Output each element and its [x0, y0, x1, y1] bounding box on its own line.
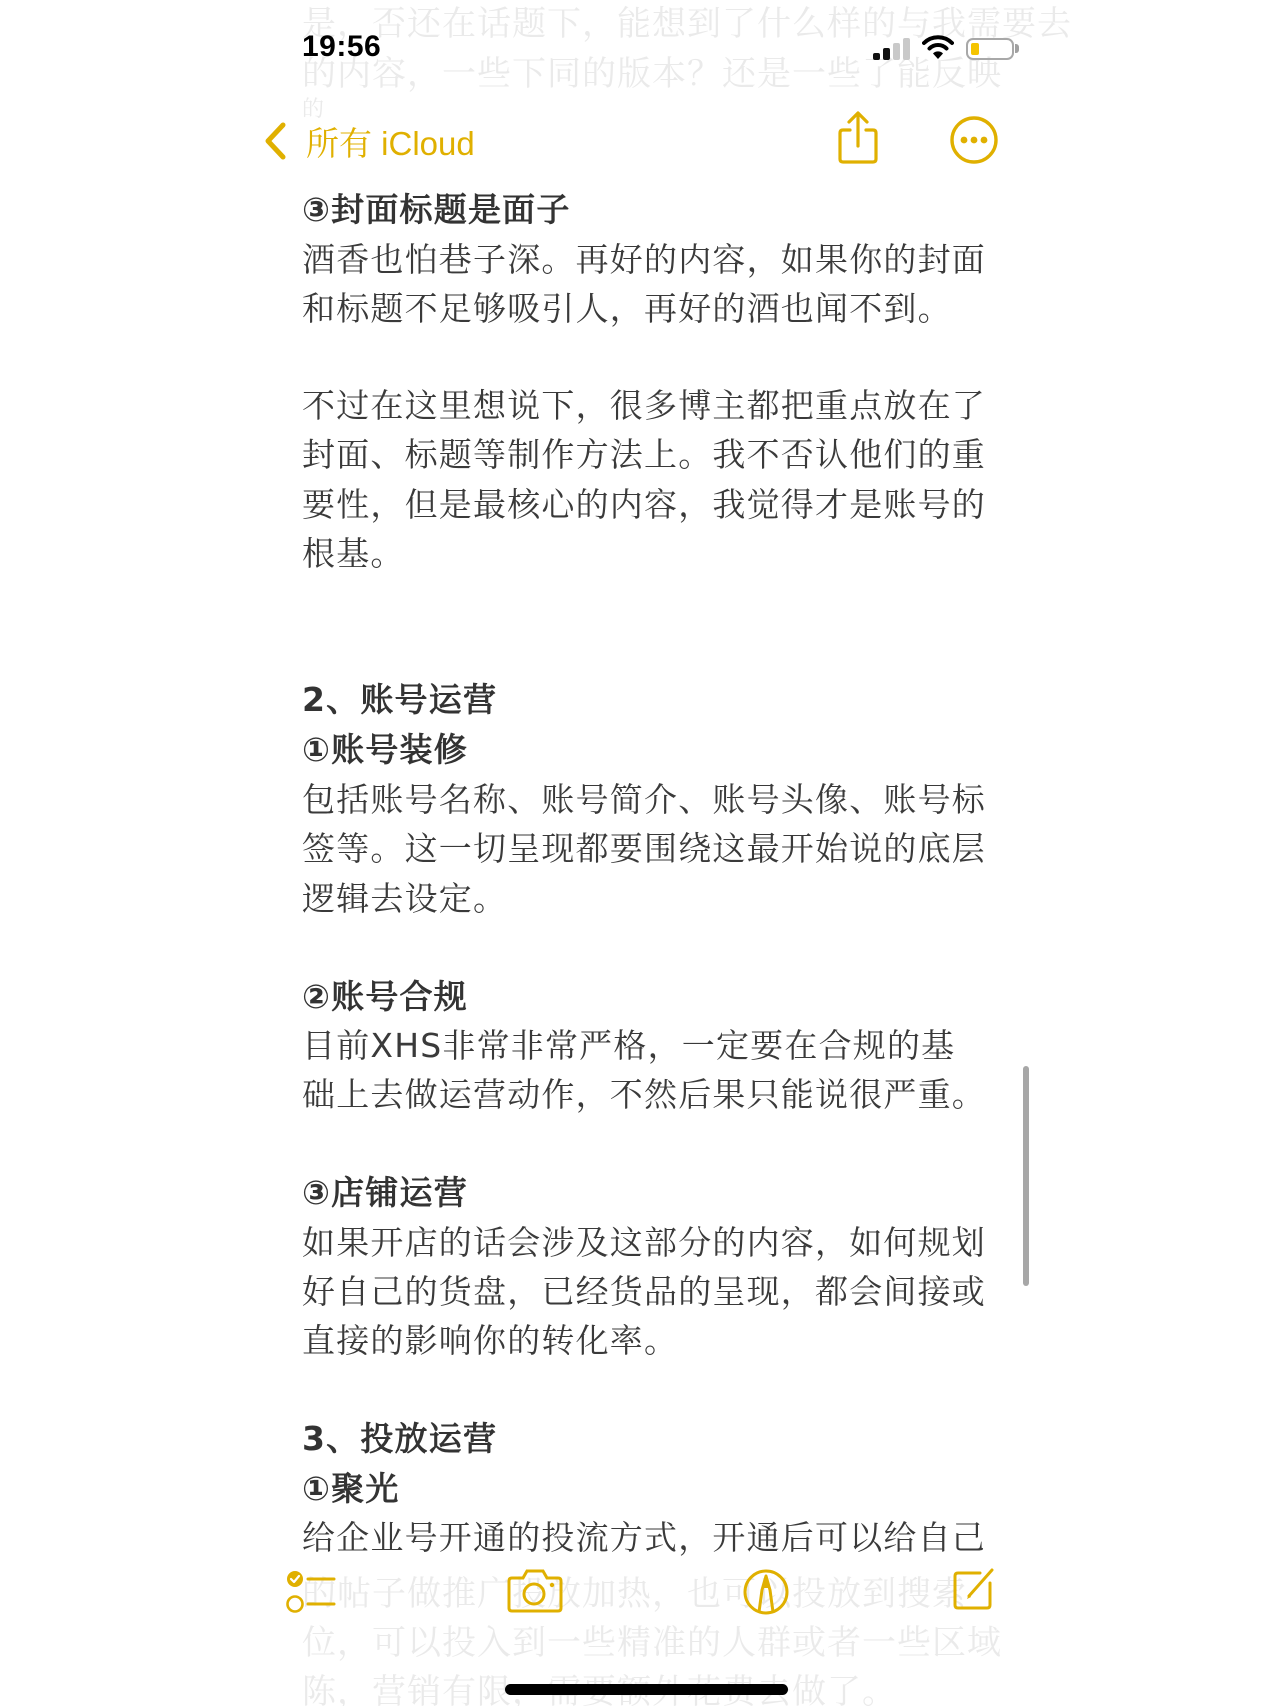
markup-button[interactable] — [742, 1568, 790, 1616]
compose-icon — [950, 1564, 998, 1612]
home-indicator[interactable] — [505, 1684, 788, 1695]
compose-button[interactable] — [950, 1564, 998, 1612]
ghost-text-line: 位，可以投入到一些精准的人群或者一些区域 — [302, 1615, 1002, 1664]
note-text-line: 酒香也怕巷子深。再好的内容，如果你的封面 — [302, 240, 986, 280]
note-text-line: 目前XHS非常非常严格，一定要在合规的基 — [302, 1026, 955, 1066]
note-heading: ③封面标题是面子 — [302, 190, 571, 230]
note-text-line: 好自己的货盘，已经货品的呈现，都会间接或 — [302, 1272, 986, 1312]
note-text-line: 如果开店的话会涉及这部分的内容，如何规划 — [302, 1223, 986, 1263]
back-button[interactable]: 所有 iCloud — [262, 116, 475, 166]
checklist-icon — [286, 1570, 338, 1614]
note-text-line: 封面、标题等制作方法上。我不否认他们的重 — [302, 435, 986, 475]
camera-button[interactable] — [506, 1566, 564, 1614]
share-icon — [836, 110, 880, 166]
back-button-label: 所有 iCloud — [306, 118, 475, 165]
battery-tip — [1015, 44, 1019, 53]
note-heading: ③店铺运营 — [302, 1173, 468, 1213]
ellipsis-circle-icon — [948, 114, 1000, 166]
note-section-heading: 2、账号运营 — [302, 680, 497, 720]
wifi-icon — [922, 34, 954, 60]
ghost-text-line: 是，否还在话题下，能想到了什么样的与我需要去 — [302, 0, 1072, 45]
status-time: 19:56 — [302, 30, 381, 64]
more-button[interactable] — [948, 114, 1000, 166]
note-heading: ②账号合规 — [302, 977, 468, 1017]
note-text-line: 根基。 — [302, 534, 405, 574]
note-text-line: 给企业号开通的投流方式，开通后可以给自己 — [302, 1518, 986, 1558]
note-text-line: 逻辑去设定。 — [302, 879, 507, 919]
battery-level — [971, 43, 979, 55]
note-text-line: 不过在这里想说下，很多博主都把重点放在了 — [302, 386, 986, 426]
note-text-line: 础上去做运营动作，不然后果只能说很严重。 — [302, 1075, 986, 1115]
note-text-line: 签等。这一切呈现都要围绕这最开始说的底层 — [302, 829, 986, 869]
cellular-signal-icon — [873, 38, 913, 60]
ghost-text-line: 的帖子做推广投放加热，也可以投放到搜索 — [302, 1566, 967, 1615]
note-text-line: 和标题不足够吸引人，再好的酒也闻不到。 — [302, 289, 952, 329]
note-text-line: 直接的影响你的转化率。 — [302, 1321, 678, 1361]
markup-pen-icon — [742, 1568, 790, 1616]
note-text-line: 包括账号名称、账号简介、账号头像、账号标 — [302, 780, 986, 820]
scrollbar[interactable] — [1023, 1066, 1029, 1286]
camera-icon — [506, 1566, 564, 1614]
note-heading: ①聚光 — [302, 1469, 400, 1509]
note-heading: ①账号装修 — [302, 730, 468, 770]
note-text-line: 要性，但是最核心的内容，我觉得才是账号的 — [302, 485, 986, 525]
battery-icon — [966, 38, 1014, 60]
note-section-heading: 3、投放运营 — [302, 1419, 497, 1459]
share-button[interactable] — [836, 110, 880, 166]
checklist-button[interactable] — [286, 1570, 338, 1614]
chevron-left-icon — [262, 121, 288, 161]
